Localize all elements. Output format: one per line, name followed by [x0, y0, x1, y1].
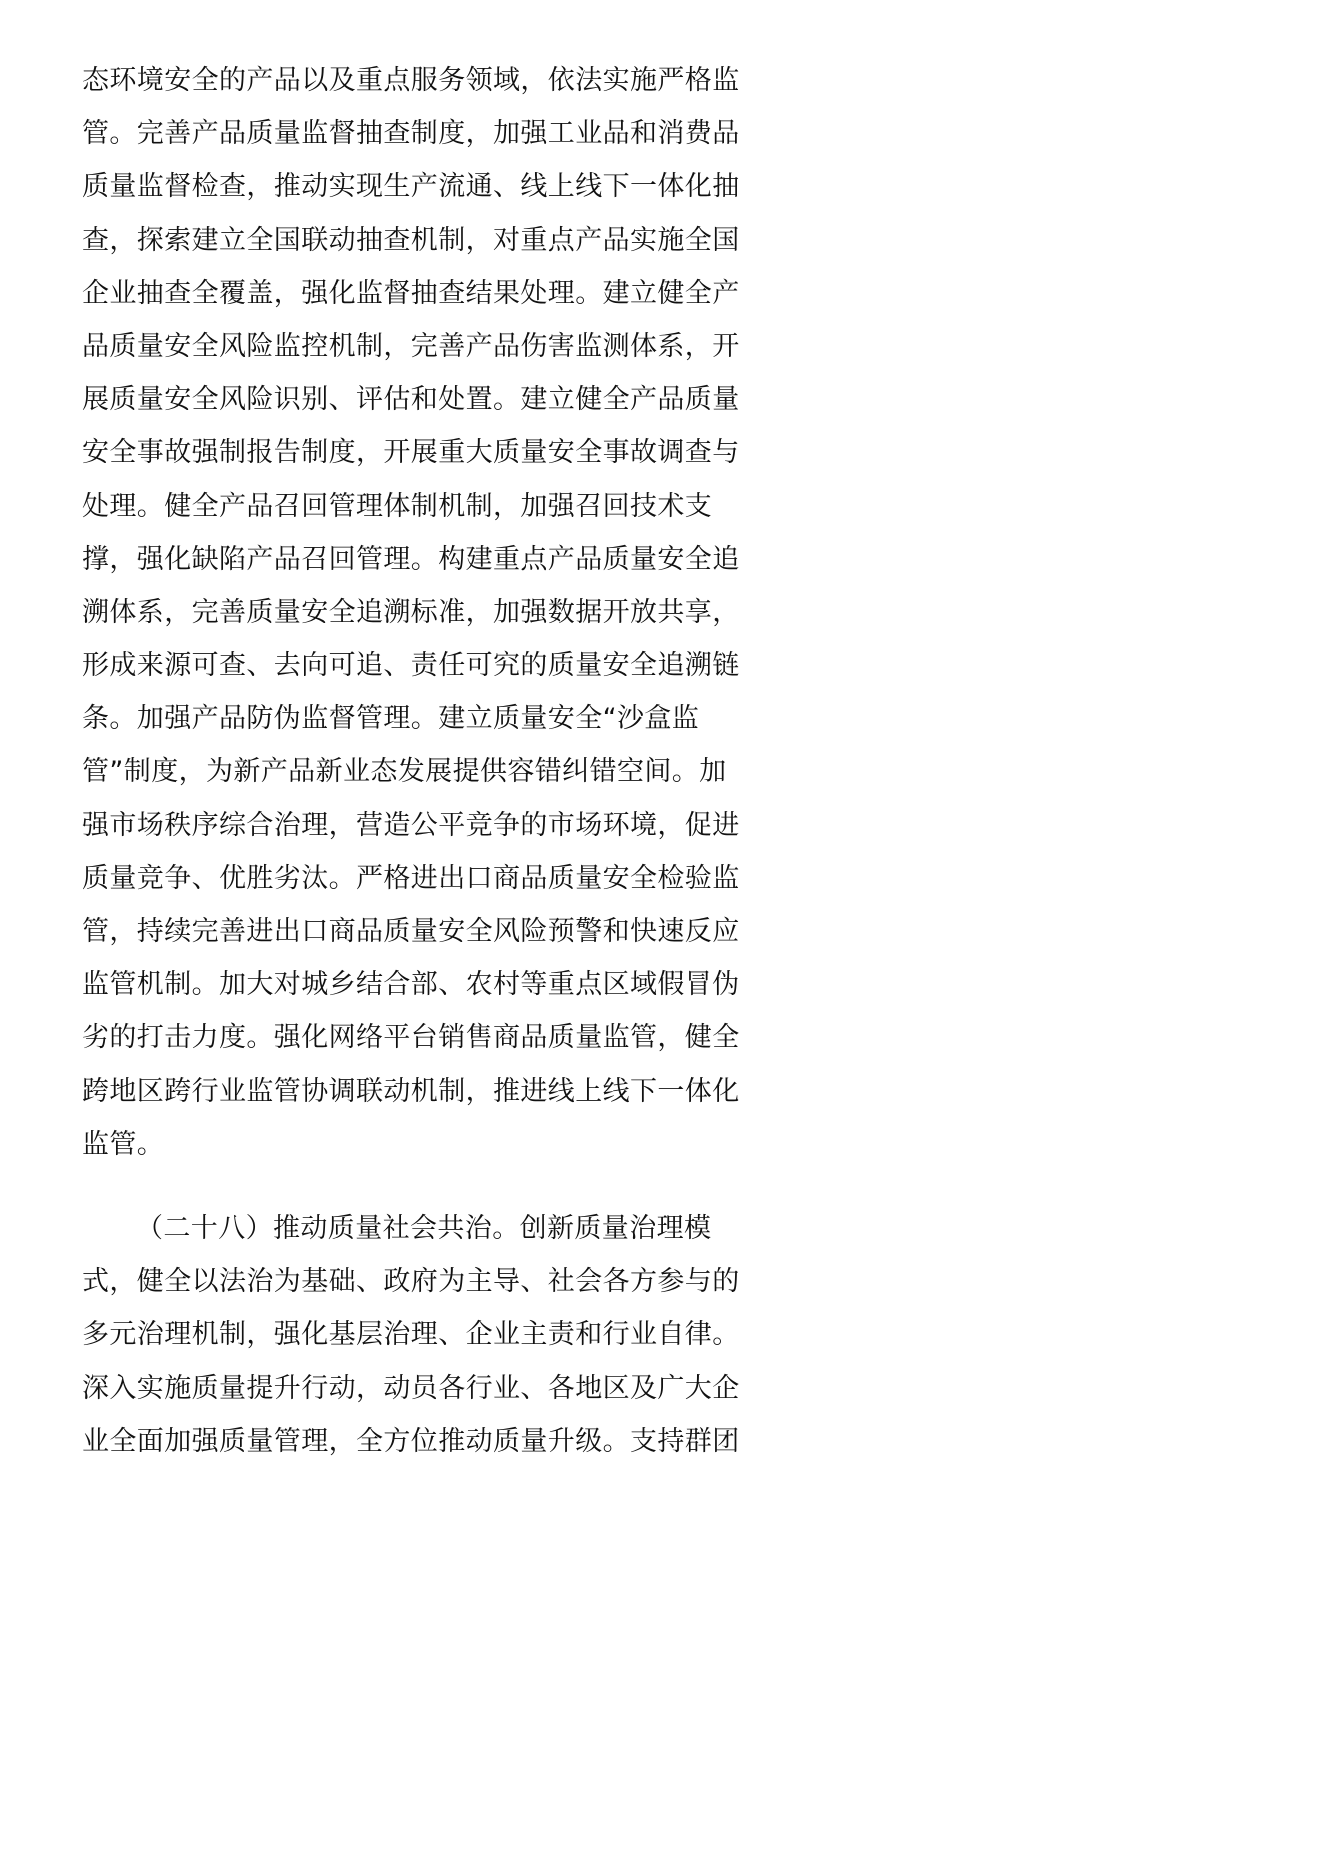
section-heading-line: （二十八）推动质量社会共治。创新质量治理模 — [82, 1202, 722, 1255]
paragraph-continuation: 态环境安全的产品以及重点服务领域，依法实施严格监 管。完善产品质量监督抽查制度，… — [82, 54, 722, 1171]
text-line: 式，健全以法治为基础、政府为主导、社会各方参与的 — [82, 1255, 722, 1308]
text-line: 质量监督检查，推动实现生产流通、线上线下一体化抽 — [82, 160, 722, 213]
text-line: 跨地区跨行业监管协调联动机制，推进线上线下一体化 — [82, 1065, 722, 1118]
text-line: 强市场秩序综合治理，营造公平竞争的市场环境，促进 — [82, 799, 722, 852]
text-line: 条。加强产品防伪监督管理。建立质量安全“沙盒监 — [82, 692, 722, 745]
text-line: 查，探索建立全国联动抽查机制，对重点产品实施全国 — [82, 214, 722, 267]
text-line: 形成来源可查、去向可追、责任可究的质量安全追溯链 — [82, 639, 722, 692]
text-line: 撑，强化缺陷产品召回管理。构建重点产品质量安全追 — [82, 533, 722, 586]
text-line: 监管机制。加大对城乡结合部、农村等重点区域假冒伪 — [82, 958, 722, 1011]
document-page: 态环境安全的产品以及重点服务领域，依法实施严格监 管。完善产品质量监督抽查制度，… — [0, 0, 1323, 1871]
text-line: 处理。健全产品召回管理体制机制，加强召回技术支 — [82, 480, 722, 533]
text-line: 态环境安全的产品以及重点服务领域，依法实施严格监 — [82, 54, 722, 107]
text-line: 安全事故强制报告制度，开展重大质量安全事故调查与 — [82, 426, 722, 479]
text-line: 劣的打击力度。强化网络平台销售商品质量监管，健全 — [82, 1011, 722, 1064]
text-line: 管。完善产品质量监督抽查制度，加强工业品和消费品 — [82, 107, 722, 160]
text-line: 多元治理机制，强化基层治理、企业主责和行业自律。 — [82, 1308, 722, 1361]
paragraph-section-28: （二十八）推动质量社会共治。创新质量治理模 式，健全以法治为基础、政府为主导、社… — [82, 1202, 722, 1468]
text-line: 展质量安全风险识别、评估和处置。建立健全产品质量 — [82, 373, 722, 426]
text-line: 品质量安全风险监控机制，完善产品伤害监测体系，开 — [82, 320, 722, 373]
text-line: 管”制度，为新产品新业态发展提供容错纠错空间。加 — [82, 745, 722, 798]
text-line: 企业抽查全覆盖，强化监督抽查结果处理。建立健全产 — [82, 267, 722, 320]
text-line: 业全面加强质量管理，全方位推动质量升级。支持群团 — [82, 1415, 722, 1468]
text-line: 溯体系，完善质量安全追溯标准，加强数据开放共享， — [82, 586, 722, 639]
text-line: 管，持续完善进出口商品质量安全风险预警和快速反应 — [82, 905, 722, 958]
text-line: 监管。 — [82, 1118, 722, 1171]
text-line: 深入实施质量提升行动，动员各行业、各地区及广大企 — [82, 1362, 722, 1415]
text-line: 质量竞争、优胜劣汰。严格进出口商品质量安全检验监 — [82, 852, 722, 905]
